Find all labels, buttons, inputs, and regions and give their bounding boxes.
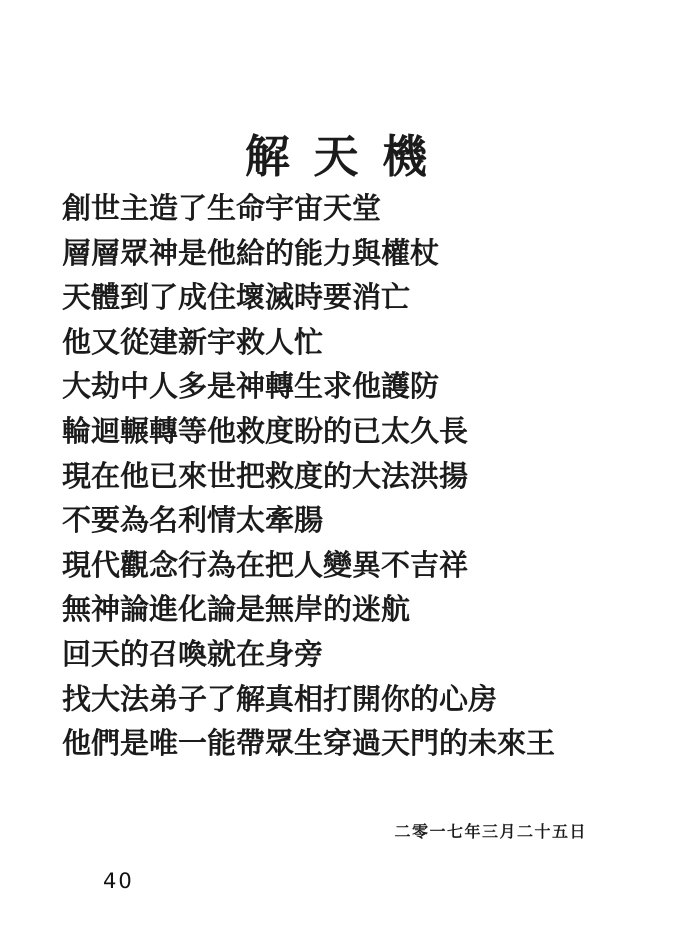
poem-line: 他又從建新宇救人忙 bbox=[62, 320, 653, 365]
poem-line: 大劫中人多是神轉生求他護防 bbox=[62, 364, 653, 409]
poem-line: 他們是唯一能帶眾生穿過天門的未來王 bbox=[62, 721, 653, 766]
page-number: 40 bbox=[103, 869, 134, 893]
poem-line: 不要為名利情太牽腸 bbox=[62, 498, 653, 543]
poem-line: 現代觀念行為在把人變異不吉祥 bbox=[62, 543, 653, 588]
page-title: 解 天 機 bbox=[0, 134, 673, 179]
poem-line: 創世主造了生命宇宙天堂 bbox=[62, 186, 653, 231]
poem-line: 層層眾神是他給的能力與權杖 bbox=[62, 231, 653, 276]
poem-line: 天體到了成住壞滅時要消亡 bbox=[62, 275, 653, 320]
poem-line: 輪迴輾轉等他救度盼的已太久長 bbox=[62, 409, 653, 454]
poem-line: 現在他已來世把救度的大法洪揚 bbox=[62, 454, 653, 499]
poem-line: 找大法弟子了解真相打開你的心房 bbox=[62, 677, 653, 722]
document-page: 解 天 機 創世主造了生命宇宙天堂 層層眾神是他給的能力與權杖 天體到了成住壞滅… bbox=[0, 0, 673, 949]
poem: 創世主造了生命宇宙天堂 層層眾神是他給的能力與權杖 天體到了成住壞滅時要消亡 他… bbox=[62, 186, 653, 766]
poem-line: 無神論進化論是無岸的迷航 bbox=[62, 587, 653, 632]
date-line: 二零一七年三月二十五日 bbox=[394, 822, 587, 841]
poem-line: 回天的召喚就在身旁 bbox=[62, 632, 653, 677]
